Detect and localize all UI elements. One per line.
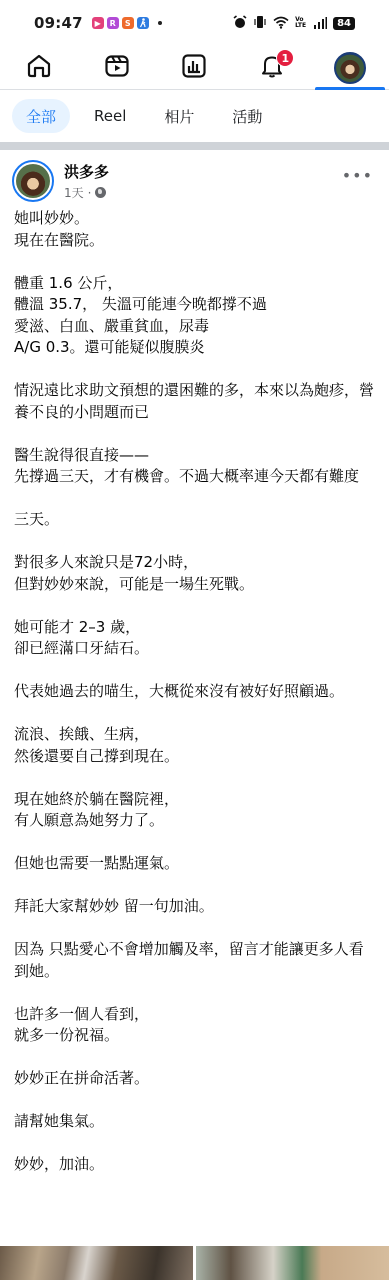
status-bar: 09:47 ▶ R S VoLTE 84 [0, 0, 389, 46]
home-icon [26, 53, 52, 83]
post-line: 醫生說得很直接—— [14, 445, 375, 467]
filter-chips: 全部 Reel 相片 活動 [0, 90, 389, 150]
post-paragraph: 對很多人來說只是72小時，但對妙妙來說，可能是一場生死戰。 [14, 552, 375, 595]
post-line: 妙妙，加油。 [14, 1154, 375, 1176]
post-paragraph: 體重 1.6 公斤，體溫 35.7， 失溫可能連今晚都撐不過愛滋、白血、嚴重貧血… [14, 273, 375, 359]
post-paragraph: 但她也需要一點點運氣。 [14, 853, 375, 875]
chip-all[interactable]: 全部 [12, 99, 70, 133]
post-paragraph: 情況遠比求助文預想的還困難的多，本來以為皰疹，營養不良的小問題而已 [14, 380, 375, 423]
cat-photo-2[interactable] [196, 1246, 389, 1280]
post-time[interactable]: 1天 [64, 184, 84, 201]
post-line: 因為 只點愛心不會增加觸及率，留言才能讓更多人看到她。 [14, 939, 375, 982]
post-line: 妙妙正在拼命活著。 [14, 1068, 375, 1090]
post-paragraph: 現在她終於躺在醫院裡，有人願意為她努力了。 [14, 789, 375, 832]
reels-icon [104, 53, 130, 83]
status-time: 09:47 [34, 14, 83, 32]
post-paragraph: 也許多一個人看到，就多一份祝福。 [14, 1004, 375, 1047]
avatar [334, 52, 366, 84]
nav-profile[interactable] [311, 46, 389, 89]
cat-photo-1[interactable] [0, 1246, 193, 1280]
post-line: 卻已經滿口牙結石。 [14, 638, 375, 660]
post-line: 但她也需要一點點運氣。 [14, 853, 375, 875]
post-line: 情況遠比求助文預想的還困難的多，本來以為皰疹，營養不良的小問題而已 [14, 380, 375, 423]
vibrate-icon [253, 14, 267, 33]
post-paragraph: 妙妙，加油。 [14, 1154, 375, 1176]
post-line: 流浪、挨餓、生病， [14, 724, 375, 746]
photo-grid [0, 1246, 389, 1280]
nav-home[interactable] [0, 46, 78, 89]
video-app-icon: ▶ [92, 17, 104, 29]
volte-icon: VoLTE [295, 17, 307, 29]
post-meta: 洪多多 1天 · [64, 161, 338, 201]
shopee-icon: S [122, 17, 134, 29]
post-line: 有人願意為她努力了。 [14, 810, 375, 832]
post-paragraph: 三天。 [14, 509, 375, 531]
chip-events[interactable]: 活動 [218, 99, 276, 133]
chart-icon [181, 53, 207, 83]
more-options-button[interactable]: ••• [338, 166, 377, 185]
post-paragraph: 因為 只點愛心不會增加觸及率，留言才能讓更多人看到她。 [14, 939, 375, 982]
post-text: 她叫妙妙。現在在醫院。體重 1.6 公斤，體溫 35.7， 失溫可能連今晚都撐不… [0, 208, 389, 1176]
post-line: 她叫妙妙。 [14, 208, 375, 230]
post-line: 先撐過三天，才有機會。不過大概率連今天都有難度 [14, 466, 375, 488]
notification-badge: 1 [276, 49, 294, 67]
post-line: 現在在醫院。 [14, 230, 375, 252]
post-paragraph: 妙妙正在拼命活著。 [14, 1068, 375, 1090]
nav-dashboard[interactable] [156, 46, 234, 89]
post-line: 愛滋、白血、嚴重貧血，尿毒 [14, 316, 375, 338]
post-line: 但對妙妙來說，可能是一場生死戰。 [14, 574, 375, 596]
post-paragraph: 她叫妙妙。現在在醫院。 [14, 208, 375, 251]
chip-reel[interactable]: Reel [80, 99, 140, 133]
post-paragraph: 拜託大家幫妙妙 留一句加油。 [14, 896, 375, 918]
post-line: 代表她過去的喵生，大概從來沒有被好好照顧過。 [14, 681, 375, 703]
author-name[interactable]: 洪多多 [64, 161, 338, 182]
post-paragraph: 流浪、挨餓、生病，然後還要自己撐到現在。 [14, 724, 375, 767]
post-paragraph: 醫生說得很直接——先撐過三天，才有機會。不過大概率連今天都有難度 [14, 445, 375, 488]
globe-icon [95, 187, 106, 198]
nav-notifications[interactable]: 1 [233, 46, 311, 89]
separator-dot: · [88, 186, 92, 200]
author-avatar[interactable] [12, 160, 54, 202]
post-paragraph: 代表她過去的喵生，大概從來沒有被好好照顧過。 [14, 681, 375, 703]
battery-indicator: 84 [333, 17, 355, 30]
alarm-icon [233, 14, 247, 33]
post-line: 她可能才 2–3 歲， [14, 617, 375, 639]
chip-photos[interactable]: 相片 [150, 99, 208, 133]
post-subline: 1天 · [64, 184, 338, 201]
post-paragraph: 請幫她集氣。 [14, 1111, 375, 1133]
wifi-icon [273, 14, 289, 33]
post-line: 請幫她集氣。 [14, 1111, 375, 1133]
post-paragraph: 她可能才 2–3 歲，卻已經滿口牙結石。 [14, 617, 375, 660]
post-header: 洪多多 1天 · ••• [0, 150, 389, 208]
post-line: 體溫 35.7， 失溫可能連今晚都撐不過 [14, 294, 375, 316]
status-indicators: VoLTE 84 [233, 14, 355, 33]
status-app-icons: ▶ R S [92, 17, 149, 29]
post-line: 三天。 [14, 509, 375, 531]
post-line: 然後還要自己撐到現在。 [14, 746, 375, 768]
post-line: 就多一份祝福。 [14, 1025, 375, 1047]
top-nav-bar: 1 [0, 46, 389, 90]
nav-reels[interactable] [78, 46, 156, 89]
media-app-icon: R [107, 17, 119, 29]
post: 洪多多 1天 · ••• 她叫妙妙。現在在醫院。體重 1.6 公斤，體溫 35.… [0, 150, 389, 1176]
post-line: 也許多一個人看到， [14, 1004, 375, 1026]
walk-app-icon [137, 17, 149, 29]
post-line: 現在她終於躺在醫院裡， [14, 789, 375, 811]
post-line: 體重 1.6 公斤， [14, 273, 375, 295]
post-line: 拜託大家幫妙妙 留一句加油。 [14, 896, 375, 918]
post-line: A/G 0.3。還可能疑似腹膜炎 [14, 337, 375, 359]
post-line: 對很多人來說只是72小時， [14, 552, 375, 574]
signal-icon [313, 14, 327, 33]
notification-dot [158, 21, 162, 25]
avatar-image [16, 164, 50, 198]
